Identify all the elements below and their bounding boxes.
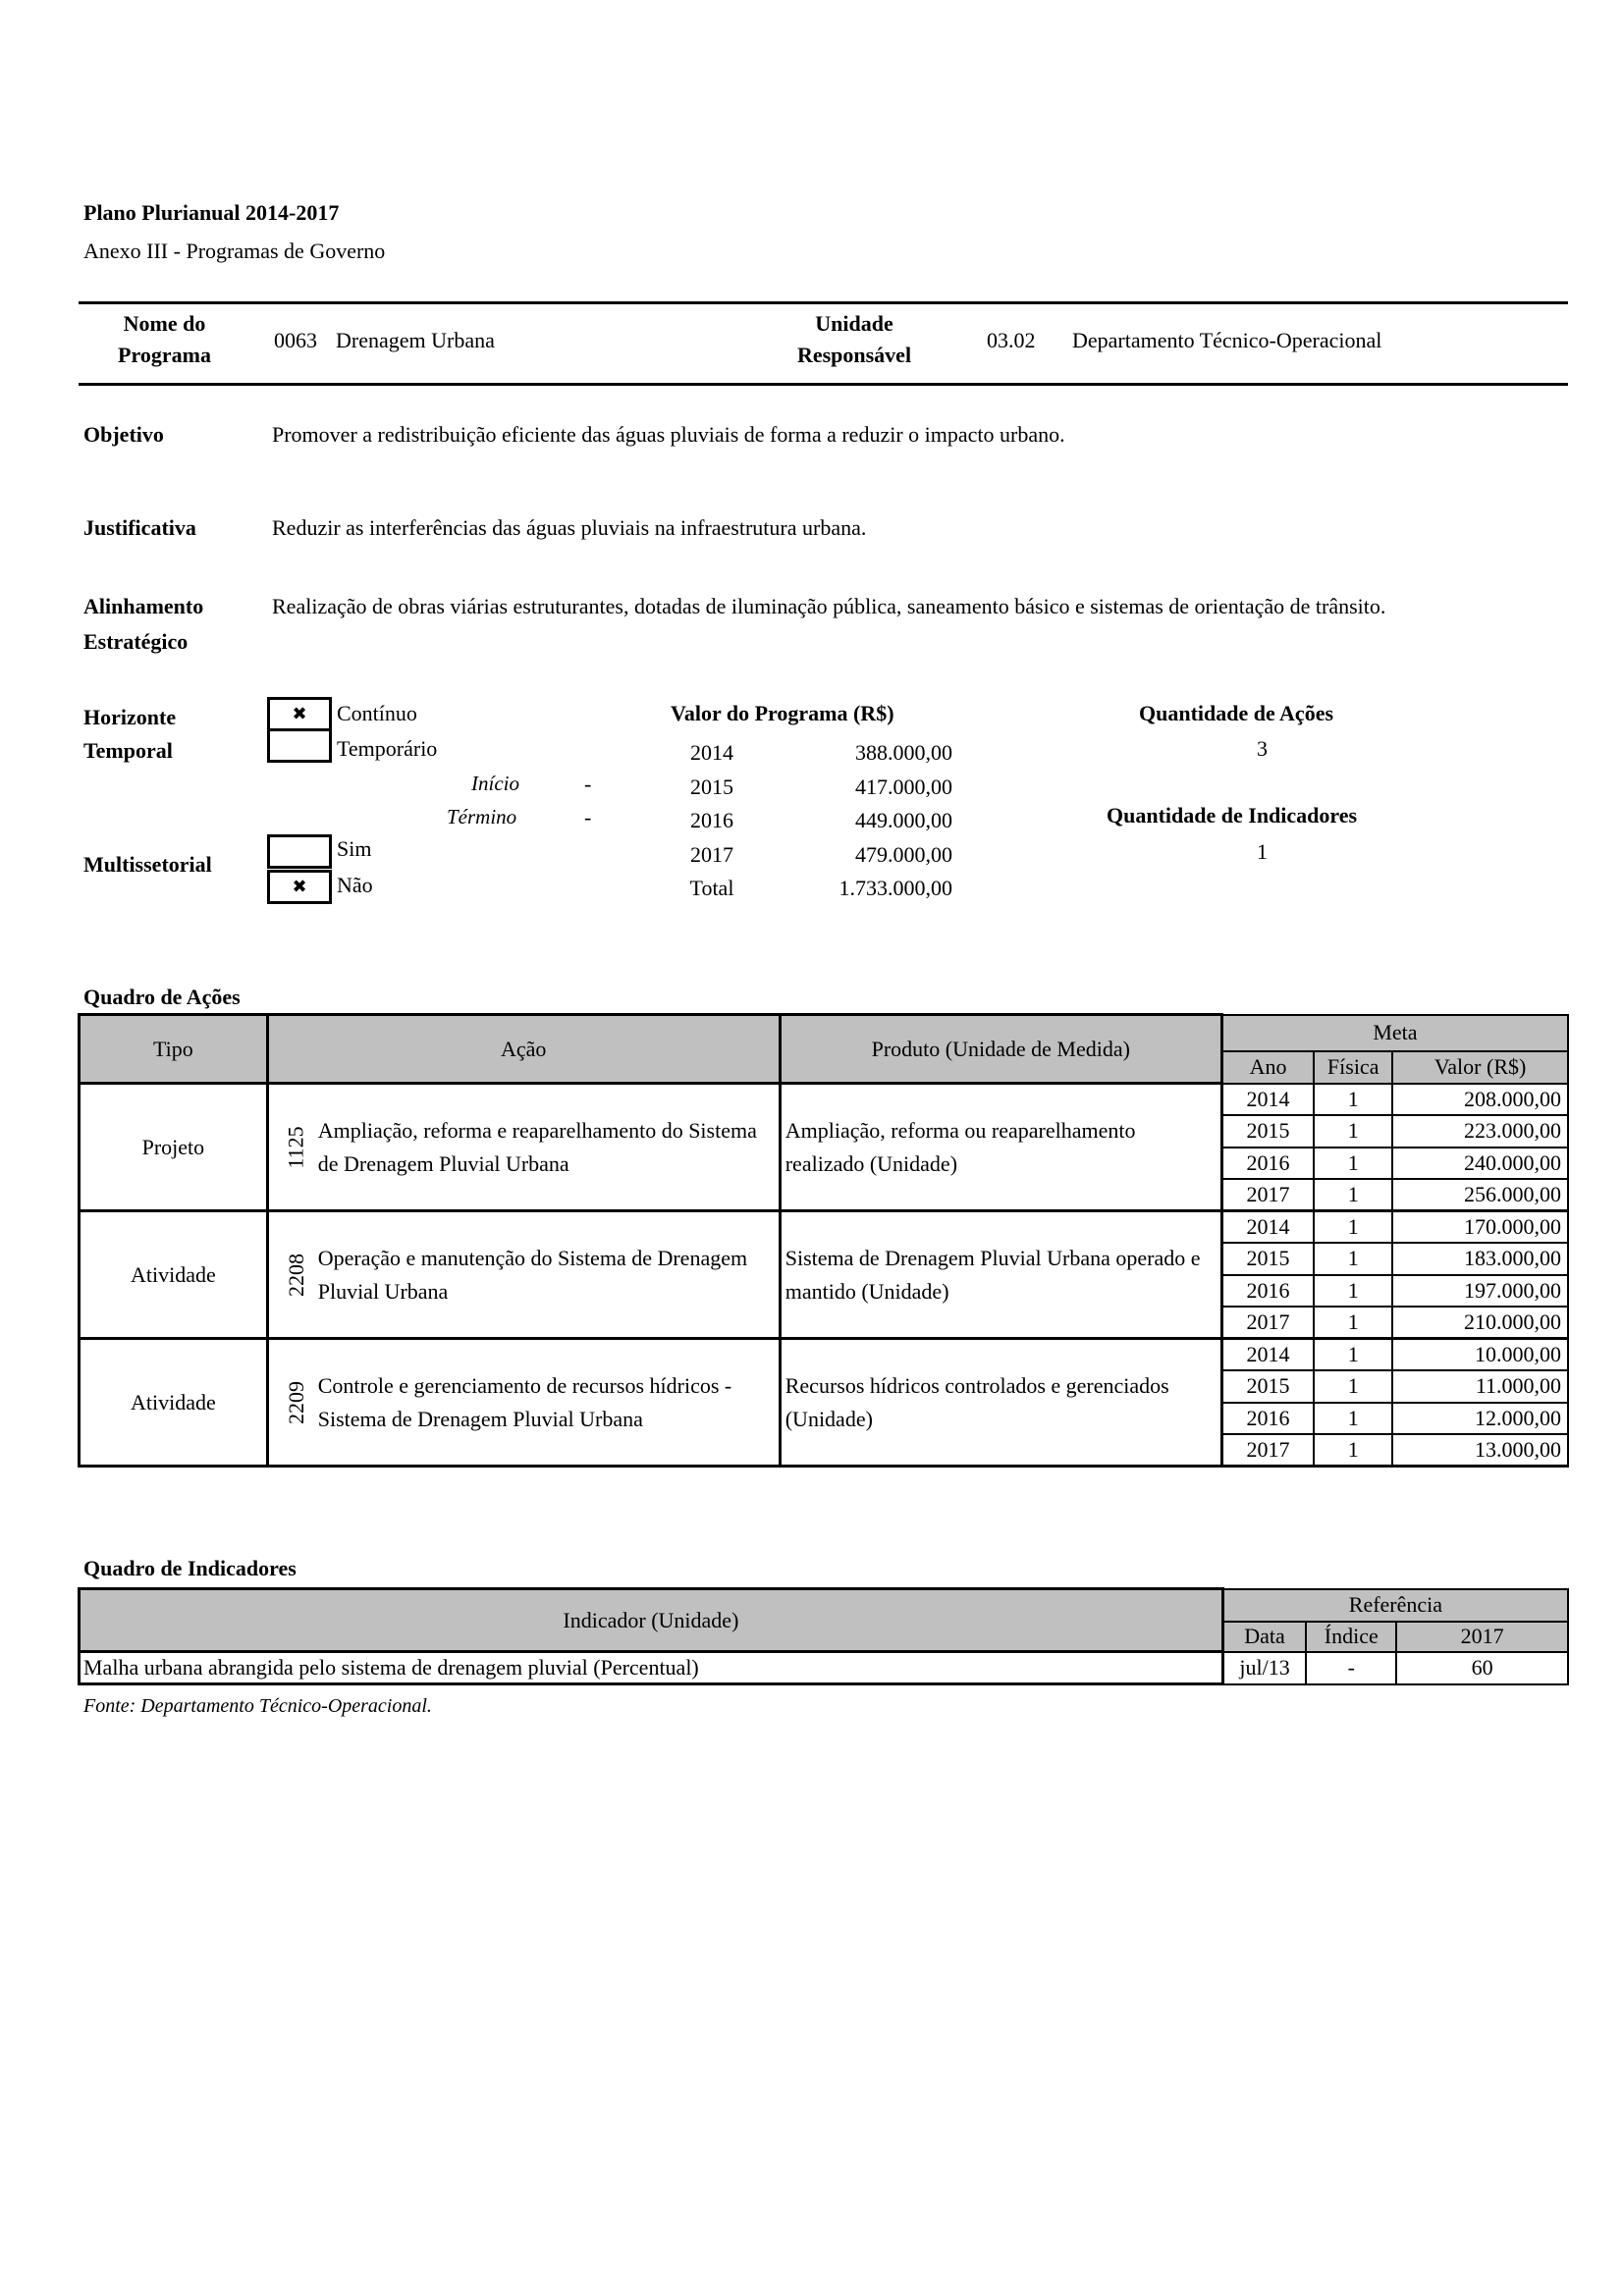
meta-fisica: 1 (1314, 1370, 1392, 1403)
acao-meta-row: Projeto1125Ampliação, reforma e reaparel… (80, 1084, 1569, 1116)
meta-fisica: 1 (1314, 1339, 1392, 1371)
program-header-band: Nome do Programa 0063 Drenagem Urbana Un… (79, 301, 1568, 386)
header-meta: Meta (1221, 1015, 1568, 1051)
valor-programa-row: 2014388.000,00 (677, 736, 952, 771)
horizonte-label-line2: Temporal (83, 734, 176, 768)
checkbox-sim[interactable] (267, 834, 332, 869)
header-tipo: Tipo (80, 1015, 268, 1084)
program-code: 0063 (274, 328, 317, 353)
meta-valor: 197.000,00 (1392, 1275, 1568, 1308)
meta-valor: 223.000,00 (1392, 1115, 1568, 1148)
meta-fisica: 1 (1314, 1403, 1392, 1435)
alinhamento-label: Alinhamento Estratégico (83, 589, 203, 660)
valor-programa-year: 2017 (677, 838, 746, 873)
quadro-indicadores-title: Quadro de Indicadores (83, 1556, 297, 1581)
acao-descricao: Operação e manutenção do Sistema de Dren… (318, 1242, 773, 1308)
valor-programa-row: 2016449.000,00 (677, 804, 952, 838)
acao-tipo: Atividade (80, 1211, 268, 1339)
meta-ano: 2017 (1221, 1307, 1314, 1339)
meta-valor: 13.000,00 (1392, 1434, 1568, 1467)
acao-codigo: 2208 (280, 1254, 313, 1297)
valor-programa-value: 1.733.000,00 (839, 872, 953, 906)
temporario-label: Temporário (337, 736, 437, 762)
meta-ano: 2016 (1221, 1403, 1314, 1435)
meta-fisica: 1 (1314, 1243, 1392, 1275)
valor-programa-row: 2017479.000,00 (677, 838, 952, 873)
acao-produto: Recursos hídricos controlados e gerencia… (780, 1339, 1221, 1467)
quantidade-acoes-label: Quantidade de Ações (1139, 701, 1333, 726)
valor-programa-row: 2015417.000,00 (677, 771, 952, 805)
acao-cell: 1125Ampliação, reforma e reaparelhamento… (267, 1084, 780, 1211)
termino-label: Término (447, 805, 516, 829)
meta-ano: 2017 (1221, 1434, 1314, 1467)
acao-meta-row: Atividade2208Operação e manutenção do Si… (80, 1211, 1569, 1244)
checkbox-continuo[interactable]: ✖ (267, 697, 332, 731)
meta-valor: 208.000,00 (1392, 1084, 1568, 1116)
meta-fisica: 1 (1314, 1084, 1392, 1116)
valor-programa-year: Total (677, 872, 746, 906)
meta-ano: 2014 (1221, 1084, 1314, 1116)
quantidade-indicadores-label: Quantidade de Indicadores (1107, 803, 1357, 828)
horizonte-label: Horizonte Temporal (83, 701, 176, 768)
quadro-acoes-title: Quadro de Ações (83, 985, 241, 1010)
unit-label: Unidade Responsável (766, 308, 943, 371)
indicador-data: jul/13 (1222, 1652, 1306, 1684)
quantidade-acoes-value: 3 (1257, 736, 1268, 762)
unit-code: 03.02 (987, 328, 1036, 353)
justificativa-label: Justificativa (83, 510, 196, 546)
fonte-note: Fonte: Departamento Técnico-Operacional. (83, 1695, 432, 1718)
acao-descricao: Ampliação, reforma e reaparelhamento do … (318, 1114, 773, 1181)
acao-cell: 2209Controle e gerenciamento de recursos… (267, 1339, 780, 1467)
alinhamento-label-line2: Estratégico (83, 624, 203, 660)
indicador-valor-ano: 60 (1396, 1652, 1568, 1684)
acao-cell: 2208Operação e manutenção do Sistema de … (267, 1211, 780, 1339)
unit-label-line1: Unidade (766, 308, 943, 340)
header-acao: Ação (267, 1015, 780, 1084)
meta-fisica: 1 (1314, 1434, 1392, 1467)
program-name-label-line2: Programa (88, 340, 241, 371)
quantidade-indicadores-value: 1 (1257, 839, 1268, 865)
header-ano-ref: 2017 (1396, 1622, 1568, 1652)
meta-ano: 2017 (1221, 1179, 1314, 1211)
header-valor: Valor (R$) (1392, 1051, 1568, 1084)
meta-valor: 11.000,00 (1392, 1370, 1568, 1403)
indicador-indice: - (1306, 1652, 1396, 1684)
document-title: Plano Plurianual 2014-2017 (83, 200, 339, 226)
meta-ano: 2015 (1221, 1115, 1314, 1148)
objetivo-text: Promover a redistribuição eficiente das … (272, 417, 1558, 453)
acao-codigo: 1125 (280, 1126, 313, 1168)
meta-fisica: 1 (1314, 1307, 1392, 1339)
horizonte-label-line1: Horizonte (83, 701, 176, 734)
meta-valor: 170.000,00 (1392, 1211, 1568, 1244)
program-name: Drenagem Urbana (336, 328, 495, 353)
acao-descricao: Controle e gerenciamento de recursos híd… (318, 1369, 773, 1436)
acao-produto: Sistema de Drenagem Pluvial Urbana opera… (780, 1211, 1221, 1339)
header-data: Data (1222, 1622, 1306, 1652)
meta-valor: 12.000,00 (1392, 1403, 1568, 1435)
nao-label: Não (337, 873, 373, 898)
alinhamento-text: Realização de obras viárias estruturante… (272, 589, 1558, 624)
checkbox-temporario[interactable] (267, 728, 332, 763)
indicador-name: Malha urbana abrangida pelo sistema de d… (80, 1652, 1223, 1684)
meta-fisica: 1 (1314, 1275, 1392, 1308)
acao-tipo: Atividade (80, 1339, 268, 1467)
valor-programa-title: Valor do Programa (R$) (671, 701, 894, 726)
meta-fisica: 1 (1314, 1115, 1392, 1148)
valor-programa-value: 417.000,00 (855, 771, 952, 805)
meta-valor: 183.000,00 (1392, 1243, 1568, 1275)
meta-ano: 2015 (1221, 1243, 1314, 1275)
inicio-value: - (584, 772, 591, 797)
acao-codigo: 2209 (280, 1381, 313, 1424)
sim-label: Sim (337, 836, 371, 862)
meta-valor: 210.000,00 (1392, 1307, 1568, 1339)
meta-valor: 10.000,00 (1392, 1339, 1568, 1371)
valor-programa-value: 388.000,00 (855, 736, 952, 771)
termino-value: - (584, 805, 591, 830)
valor-programa-row: Total1.733.000,00 (677, 872, 952, 906)
multissetorial-label: Multissetorial (83, 852, 212, 878)
meta-fisica: 1 (1314, 1148, 1392, 1180)
meta-ano: 2014 (1221, 1211, 1314, 1244)
valor-programa-value: 449.000,00 (855, 804, 952, 838)
valor-programa-year: 2014 (677, 736, 746, 771)
acao-meta-row: Atividade2209Controle e gerenciamento de… (80, 1339, 1569, 1371)
alinhamento-label-line1: Alinhamento (83, 589, 203, 624)
meta-ano: 2015 (1221, 1370, 1314, 1403)
acao-tipo: Projeto (80, 1084, 268, 1211)
valor-programa-list: 2014388.000,002015417.000,002016449.000,… (677, 736, 952, 906)
program-name-label: Nome do Programa (88, 308, 241, 371)
header-indicador: Indicador (Unidade) (80, 1589, 1223, 1652)
document-subtitle: Anexo III - Programas de Governo (83, 239, 385, 264)
acao-produto: Ampliação, reforma ou reaparelhamento re… (780, 1084, 1221, 1211)
meta-ano: 2016 (1221, 1148, 1314, 1180)
meta-valor: 240.000,00 (1392, 1148, 1568, 1180)
valor-programa-year: 2016 (677, 804, 746, 838)
meta-ano: 2014 (1221, 1339, 1314, 1371)
meta-ano: 2016 (1221, 1275, 1314, 1308)
header-produto: Produto (Unidade de Medida) (780, 1015, 1221, 1084)
valor-programa-value: 479.000,00 (855, 838, 952, 873)
quadro-indicadores-table: Indicador (Unidade) Referência Data Índi… (78, 1587, 1569, 1685)
justificativa-text: Reduzir as interferências das águas pluv… (272, 510, 1558, 546)
header-indice: Índice (1306, 1622, 1396, 1652)
indicador-row: Malha urbana abrangida pelo sistema de d… (80, 1652, 1569, 1684)
unit-label-line2: Responsável (766, 340, 943, 371)
meta-fisica: 1 (1314, 1179, 1392, 1211)
header-referencia: Referência (1222, 1589, 1568, 1622)
inicio-label: Início (471, 772, 519, 796)
header-fisica: Física (1314, 1051, 1392, 1084)
quadro-acoes-table: Tipo Ação Produto (Unidade de Medida) Me… (78, 1013, 1569, 1468)
continuo-label: Contínuo (337, 701, 417, 726)
objetivo-label: Objetivo (83, 417, 164, 453)
unit-name: Departamento Técnico-Operacional (1072, 328, 1381, 353)
meta-valor: 256.000,00 (1392, 1179, 1568, 1211)
checkbox-nao[interactable]: ✖ (267, 870, 332, 904)
header-ano: Ano (1221, 1051, 1314, 1084)
meta-fisica: 1 (1314, 1211, 1392, 1244)
program-name-label-line1: Nome do (88, 308, 241, 340)
valor-programa-year: 2015 (677, 771, 746, 805)
